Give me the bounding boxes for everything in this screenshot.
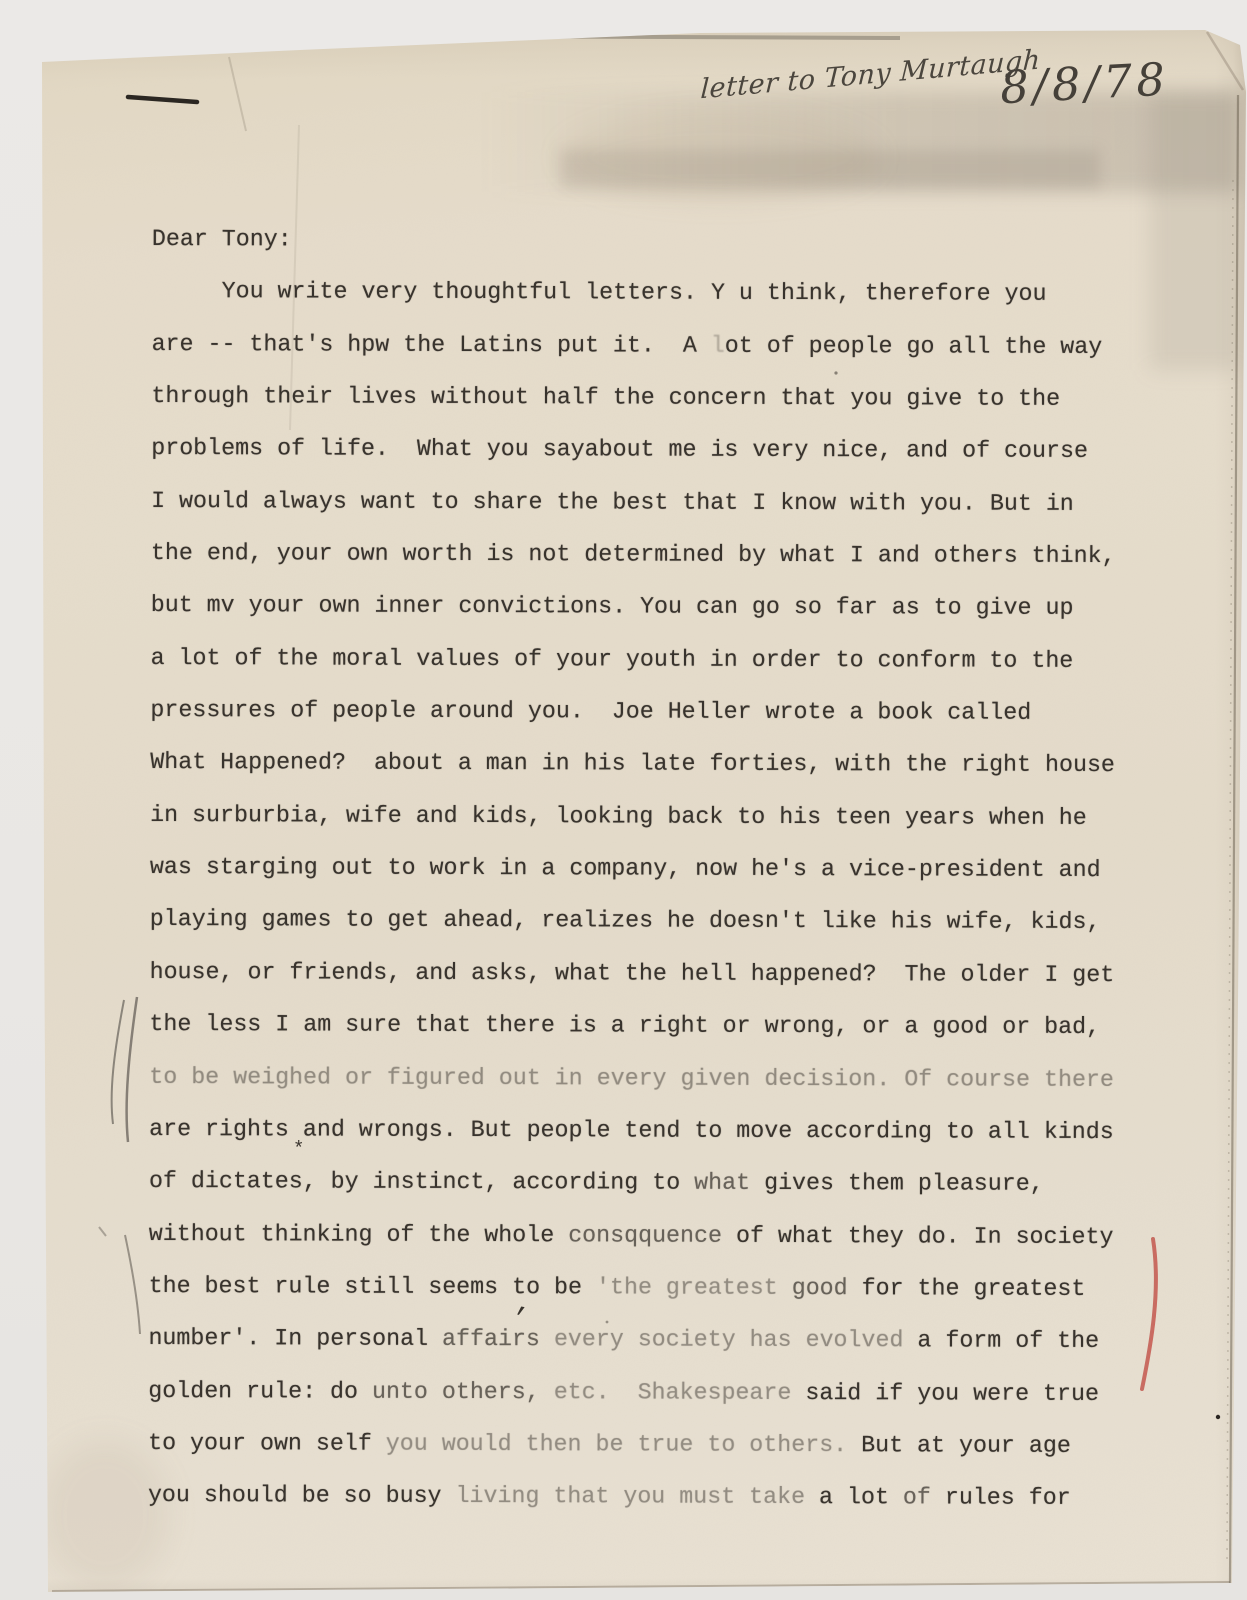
letter-text-segment: of dictates, by instinct, according to <box>149 1168 694 1196</box>
letter-line: was starging out to work in a company, n… <box>150 841 1170 897</box>
letter-line: in surburbia, wife and kids, looking bac… <box>150 789 1170 845</box>
letter-text-segment: 'the greatest <box>596 1274 792 1301</box>
scan-background: letter to Tony Murtaugh 8/8/78 Dear Tony… <box>0 0 1247 1600</box>
pencil-margin-tick <box>99 1227 106 1236</box>
letter-text-segment: to your own self <box>148 1430 386 1457</box>
letter-text-segment: affairs <box>442 1326 554 1352</box>
letter-line: house, or friends, and asks, what the he… <box>150 946 1170 1002</box>
letter-line: to be weighed or figured out in every gi… <box>149 1050 1169 1106</box>
letter-line: of dictates, by instinct, according to w… <box>149 1155 1169 1211</box>
letter-line: number'. In personal affairs every socie… <box>148 1312 1168 1368</box>
letter-text-segment: I would always want to share the best th… <box>151 488 1074 517</box>
letter-text-segment: you would then be true to others. <box>386 1431 861 1458</box>
letter-text-segment: unto others, <box>372 1378 554 1405</box>
letter-text-segment: a lot of the moral values of your youth … <box>151 645 1074 674</box>
letter-text-segment: problems of life. What you sayabout me i… <box>151 435 1088 464</box>
letter-text-segment: but mv your own inner convictions. You c… <box>151 592 1074 621</box>
letter-text-segment: you should be so busy <box>148 1482 456 1509</box>
letter-text-segment: of <box>903 1485 931 1511</box>
letter-text-segment: what <box>694 1170 750 1196</box>
right-page-edge-line <box>1230 95 1238 1583</box>
letter-text-segment: rules for <box>931 1485 1071 1511</box>
letter-text-segment: living that you must take <box>456 1483 820 1510</box>
handwritten-note: letter to Tony Murtaugh <box>700 50 981 106</box>
letter-text-segment: What Happened? about a man in his late f… <box>150 749 1115 778</box>
letter-text-segment: a form of the <box>903 1328 1099 1355</box>
letter-text-segment: through their lives without half the con… <box>151 383 1060 412</box>
letter-text-segment: number'. In personal <box>148 1325 442 1352</box>
letter-body: Dear Tony: You write very thoughtful let… <box>148 213 1172 1525</box>
letter-line: through their lives without half the con… <box>151 370 1171 426</box>
paper-stain <box>560 112 880 202</box>
fold-crease-top-left <box>229 57 246 131</box>
letter-line: pressures of people around you. Joe Hell… <box>150 684 1170 740</box>
letter-text-segment: good <box>792 1275 848 1301</box>
top-ink-line-faint <box>428 36 900 38</box>
letter-text-segment: a lot <box>819 1484 903 1510</box>
letter-text-segment: ot of people go all the way <box>725 332 1103 359</box>
letter-line: you should be so busy living that you mu… <box>148 1469 1168 1525</box>
letter-text-segment: the end, your own worth is not determine… <box>151 540 1116 569</box>
letter-text-segment: gives them pleasure, <box>750 1170 1044 1197</box>
letter-text-segment: to be weighed or figured out in every gi… <box>149 1063 1114 1092</box>
letter-line: without thinking of the whole consqquenc… <box>149 1208 1169 1264</box>
letter-line: the end, your own worth is not determine… <box>151 527 1171 583</box>
letter-line: Dear Tony: <box>152 213 1172 269</box>
letter-text-segment: house, or friends, and asks, what the he… <box>150 959 1115 988</box>
bottom-page-edge-line <box>52 1582 1230 1591</box>
letter-line: but mv your own inner convictions. You c… <box>151 579 1171 635</box>
letter-text-segment: playing games to get ahead, realizes he … <box>150 906 1101 935</box>
letter-text-segment: pressures of people around you. Joe Hell… <box>150 697 1031 726</box>
letter-line: the less I am sure that there is a right… <box>149 998 1169 1054</box>
letter-line: playing games to get ahead, realizes he … <box>150 893 1170 949</box>
ink-speck <box>1216 1415 1220 1419</box>
letter-line: the best rule still seems to be 'the gre… <box>149 1260 1169 1316</box>
pencil-margin-stroke <box>127 997 137 1142</box>
letter-line: I would always want to share the best th… <box>151 475 1171 531</box>
handwritten-date: 8/8/78 <box>999 51 1201 114</box>
letter-line: You write very thoughtful letters. Y u t… <box>152 265 1172 321</box>
letter-text-segment: in surburbia, wife and kids, looking bac… <box>150 802 1087 831</box>
letter-text-segment: Dear Tony: <box>152 226 292 252</box>
letter-page: letter to Tony Murtaugh 8/8/78 Dear Tony… <box>0 0 1247 1600</box>
letter-line: a lot of the moral values of your youth … <box>151 632 1171 688</box>
letter-text-segment: for the greatest <box>848 1275 1086 1302</box>
letter-line: to your own self you would then be true … <box>148 1417 1168 1473</box>
letter-line: problems of life. What you sayabout me i… <box>151 422 1171 478</box>
letter-text-segment: said if you were true <box>805 1380 1099 1407</box>
dog-ear-crease <box>1207 32 1243 90</box>
top-ink-line <box>48 32 428 36</box>
letter-line: What Happened? about a man in his late f… <box>150 736 1170 792</box>
letter-text-segment: consqquence <box>568 1222 722 1248</box>
letter-text-segment: But at your age <box>861 1432 1071 1459</box>
pencil-margin-stroke <box>125 1235 140 1334</box>
letter-text-segment: are -- that's hpw the Latins put it. A <box>152 331 711 359</box>
letter-text-segment: every society has evolved <box>554 1326 904 1353</box>
letter-text-segment: l <box>711 332 725 358</box>
letter-line: are -- that's hpw the Latins put it. A l… <box>152 318 1172 374</box>
right-page-edge-texture <box>1227 180 1233 1560</box>
correction-asterisk-mark: * <box>293 1138 304 1160</box>
pencil-margin-stroke <box>112 1000 124 1124</box>
short-dash-mark <box>128 97 197 102</box>
letter-line: golden rule: do unto others, etc. Shakes… <box>148 1365 1168 1421</box>
letter-text-segment: the less I am sure that there is a right… <box>149 1011 1100 1040</box>
letter-text-segment: golden rule: do <box>148 1378 372 1405</box>
letter-text-segment: of what they do. In society <box>722 1222 1114 1249</box>
letter-text-segment: etc. Shakespeare <box>554 1379 806 1406</box>
top-edge-smudge-2 <box>560 150 1100 188</box>
letter-text-segment: You write very thoughtful letters. Y u t… <box>152 278 1047 307</box>
letter-text-segment: without thinking of the whole <box>149 1221 569 1248</box>
letter-text-segment: was starging out to work in a company, n… <box>150 854 1101 883</box>
